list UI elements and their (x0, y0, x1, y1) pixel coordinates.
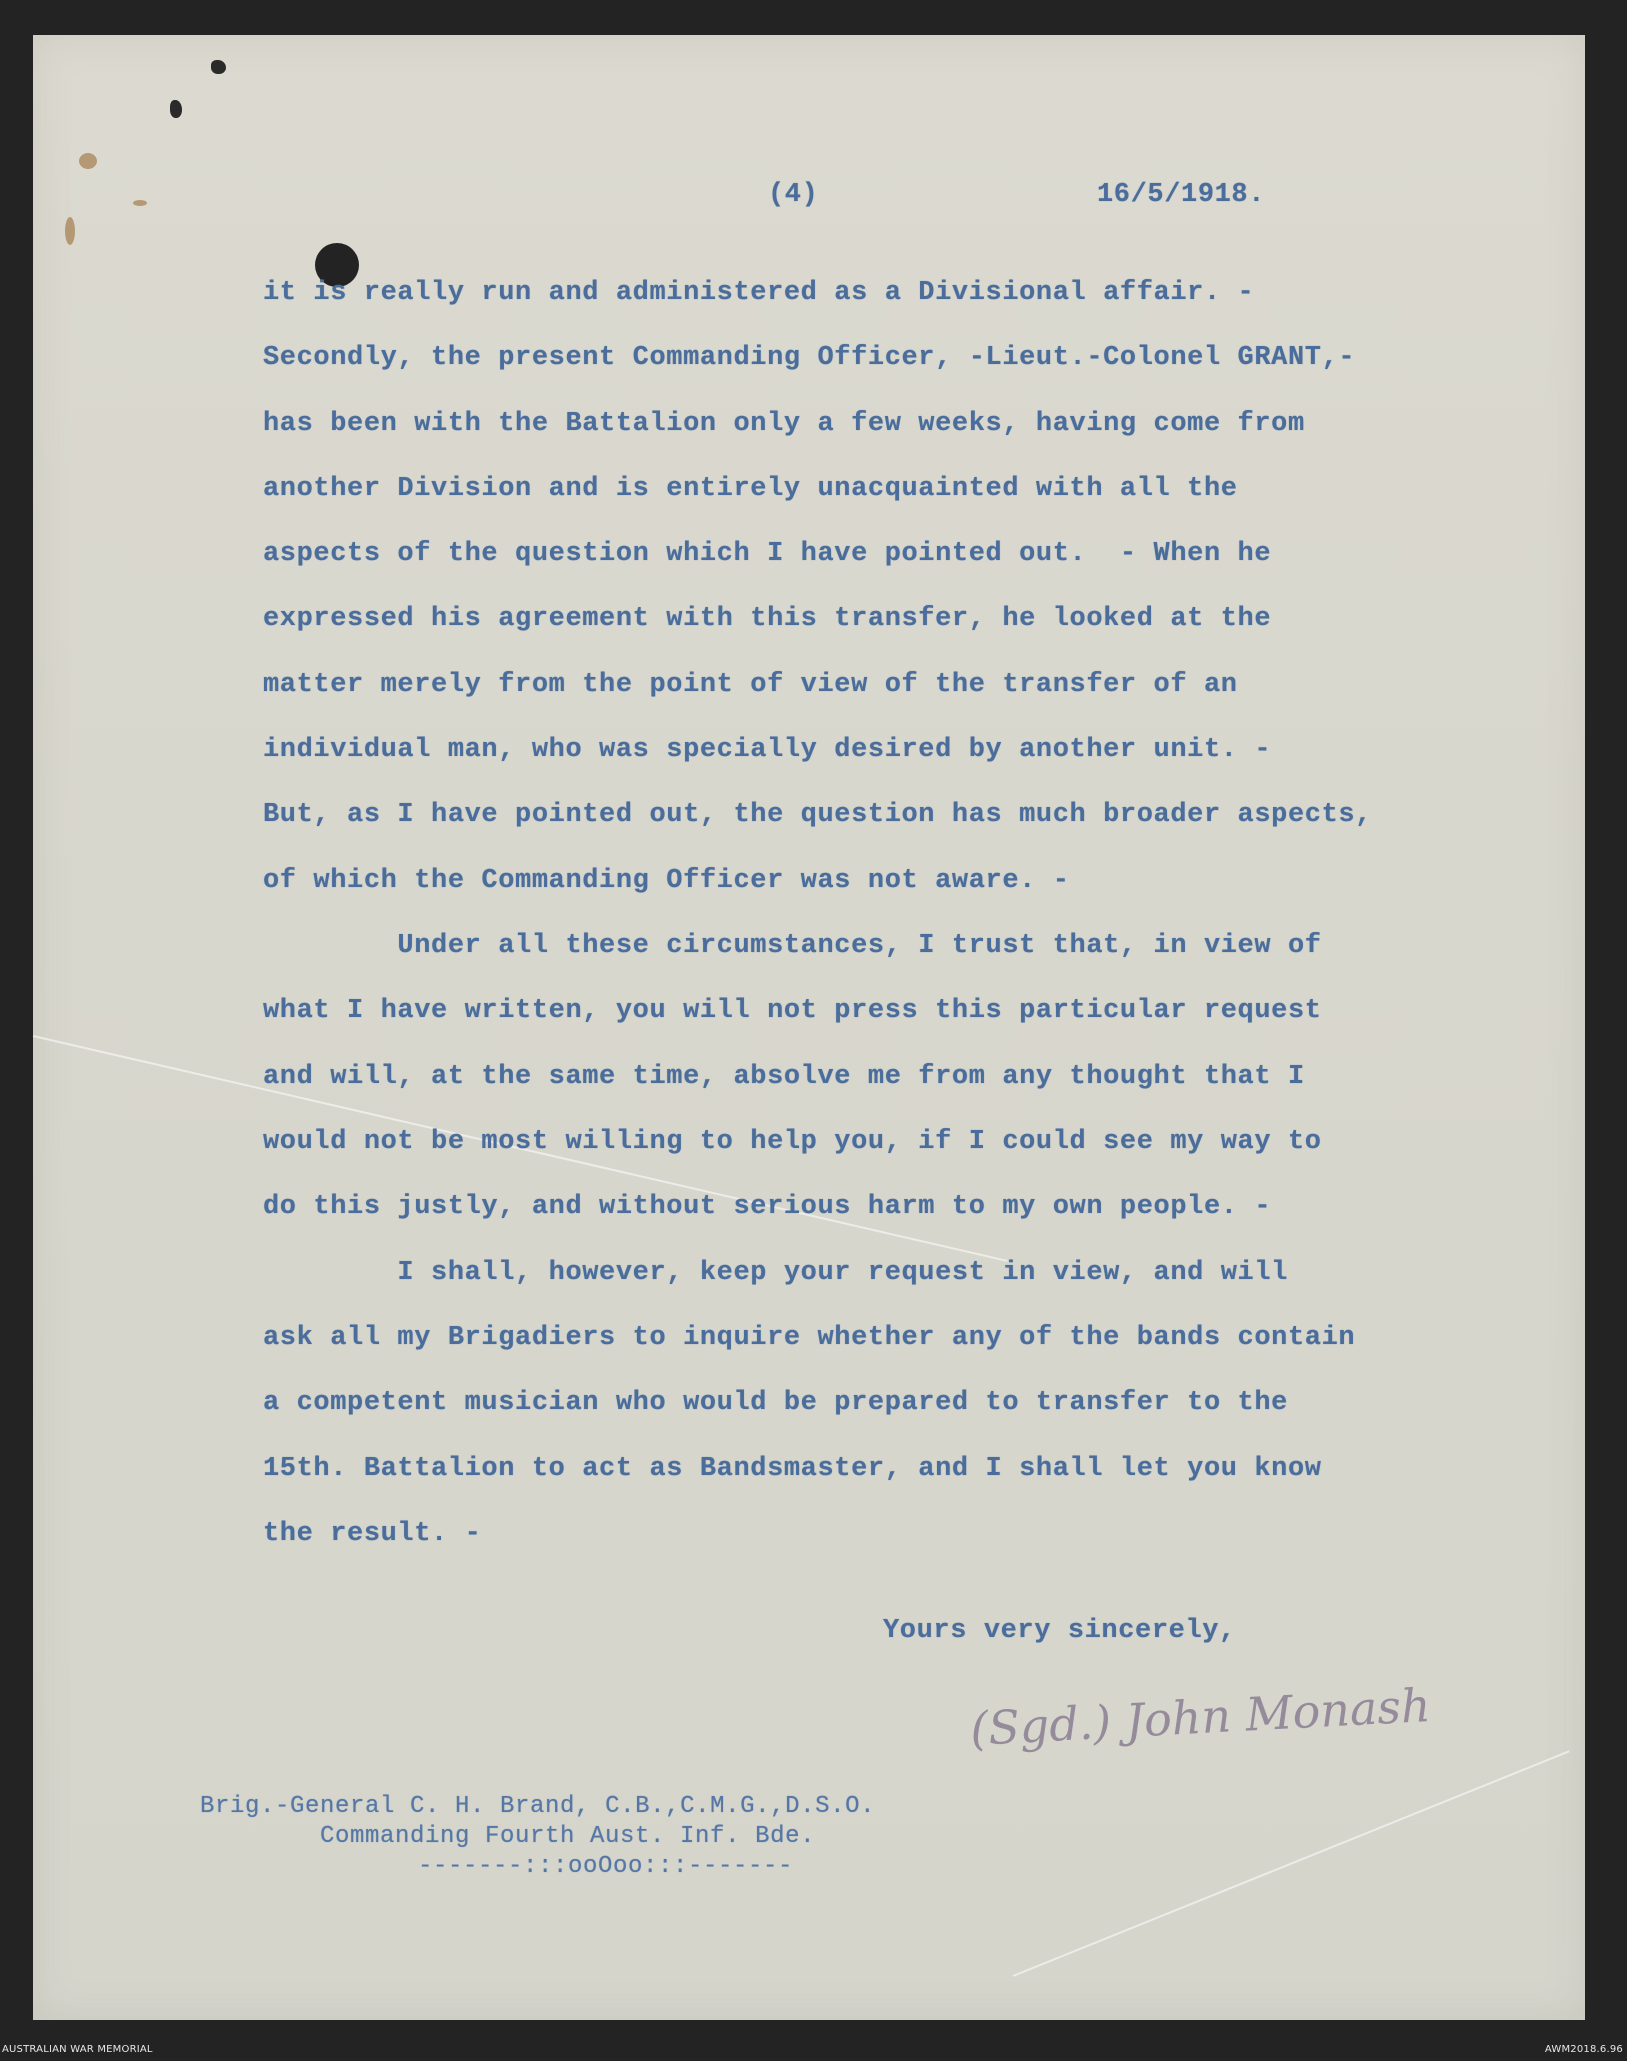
body-line: has been with the Battalion only a few w… (263, 409, 1305, 439)
body-line: Under all these circumstances, I trust t… (263, 931, 1322, 961)
paper-crease (1013, 1750, 1570, 1977)
body-line: what I have written, you will not press … (263, 996, 1322, 1026)
end-mark: -------:::ooOoo:::------- (418, 1853, 793, 1880)
body-line: aspects of the question which I have poi… (263, 539, 1271, 569)
body-line: do this justly, and without serious harm… (263, 1192, 1271, 1222)
institution-label: AUSTRALIAN WAR MEMORIAL (2, 2044, 153, 2055)
body-line: a competent musician who would be prepar… (263, 1388, 1288, 1418)
body-line: I shall, however, keep your request in v… (263, 1258, 1288, 1288)
body-line: ask all my Brigadiers to inquire whether… (263, 1323, 1355, 1353)
letter-date: 16/5/1918. (1097, 180, 1265, 210)
paper-tear (211, 60, 226, 74)
body-line: individual man, who was specially desire… (263, 735, 1271, 765)
body-line: would not be most willing to help you, i… (263, 1127, 1322, 1157)
paper-tear (170, 100, 182, 118)
rust-stain (133, 200, 147, 206)
body-line: Secondly, the present Commanding Officer… (263, 343, 1355, 373)
body-line: another Division and is entirely unacqua… (263, 474, 1238, 504)
body-line: the result. - (263, 1519, 481, 1549)
page-number: (4) (768, 180, 818, 210)
reference-number: AWM2018.6.96 (1545, 2044, 1623, 2055)
body-line: expressed his agreement with this transf… (263, 604, 1271, 634)
body-line: But, as I have pointed out, the question… (263, 800, 1372, 830)
closing-salutation: Yours very sincerely, (883, 1616, 1236, 1646)
body-line: 15th. Battalion to act as Bandsmaster, a… (263, 1454, 1322, 1484)
body-line: of which the Commanding Officer was not … (263, 866, 1070, 896)
body-line: and will, at the same time, absolve me f… (263, 1062, 1305, 1092)
addressee-command: Commanding Fourth Aust. Inf. Bde. (320, 1823, 815, 1850)
addressee-name: Brig.-General C. H. Brand, C.B.,C.M.G.,D… (200, 1793, 875, 1820)
body-line: it is really run and administered as a D… (263, 278, 1254, 308)
body-line: matter merely from the point of view of … (263, 670, 1238, 700)
rust-stain (79, 153, 97, 169)
rust-stain (65, 217, 75, 245)
